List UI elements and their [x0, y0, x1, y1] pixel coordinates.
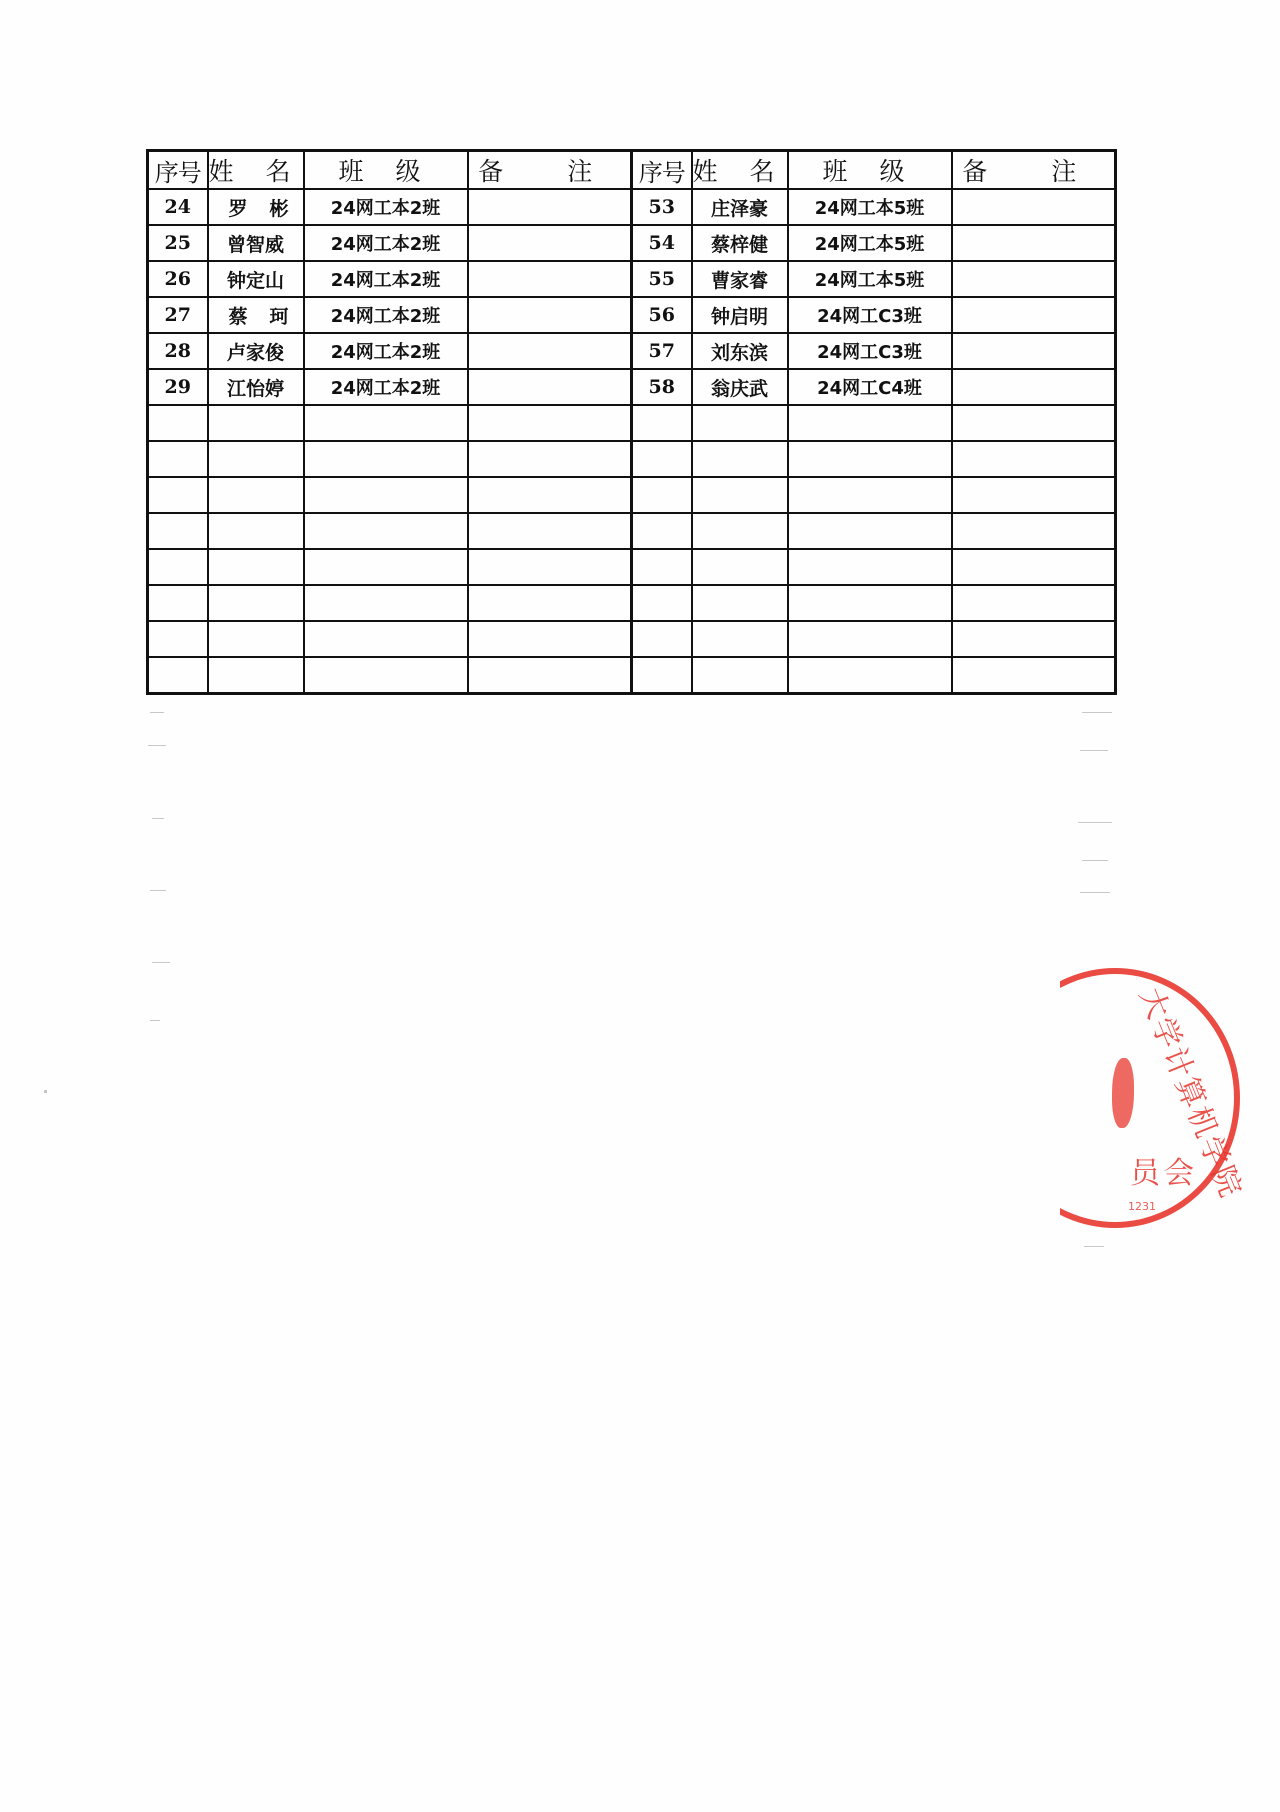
table-row: 27蔡珂24网工本2班56钟启明24网工C3班 — [148, 297, 1116, 333]
empty-table-row — [148, 549, 1116, 585]
remark-cell — [952, 657, 1116, 694]
seq-cell — [632, 549, 692, 585]
seal-number: 1231 — [1128, 1200, 1156, 1213]
remark-cell — [952, 369, 1116, 405]
remark-cell — [952, 585, 1116, 621]
class-cell — [788, 585, 952, 621]
name-cell — [208, 657, 304, 694]
remark-cell — [952, 189, 1116, 225]
class-cell — [788, 621, 952, 657]
remark-cell — [468, 657, 632, 694]
name-cell — [208, 441, 304, 477]
name-cell — [692, 441, 788, 477]
empty-table-row — [148, 441, 1116, 477]
class-cell: 24网工本2班 — [304, 369, 468, 405]
remark-cell — [468, 513, 632, 549]
remark-cell — [468, 189, 632, 225]
class-cell — [304, 585, 468, 621]
seq-cell: 58 — [632, 369, 692, 405]
class-cell: 24网工本2班 — [304, 261, 468, 297]
empty-table-row — [148, 513, 1116, 549]
remark-cell — [952, 225, 1116, 261]
class-cell — [788, 441, 952, 477]
name-cell: 钟定山 — [208, 261, 304, 297]
remark-cell — [952, 333, 1116, 369]
name-cell: 曹家睿 — [692, 261, 788, 297]
scanned-page: 序号 姓 名 班 级 备 注 序号 姓 名 班 级 备 注 24罗彬24网工本2… — [0, 0, 1280, 1812]
name-cell: 罗彬 — [208, 189, 304, 225]
seq-cell — [632, 513, 692, 549]
class-cell: 24网工本2班 — [304, 333, 468, 369]
table-header-row: 序号 姓 名 班 级 备 注 序号 姓 名 班 级 备 注 — [148, 151, 1116, 190]
table-row: 29江怡婷24网工本2班58翁庆武24网工C4班 — [148, 369, 1116, 405]
class-cell: 24网工本5班 — [788, 261, 952, 297]
name-cell — [692, 549, 788, 585]
remark-cell — [952, 261, 1116, 297]
seq-cell — [148, 657, 208, 694]
name-cell: 刘东滨 — [692, 333, 788, 369]
seq-cell: 28 — [148, 333, 208, 369]
class-cell — [304, 441, 468, 477]
seq-cell: 55 — [632, 261, 692, 297]
name-cell — [208, 585, 304, 621]
seq-cell: 24 — [148, 189, 208, 225]
name-cell: 曾智威 — [208, 225, 304, 261]
seq-cell — [148, 585, 208, 621]
remark-cell — [468, 585, 632, 621]
seq-cell: 27 — [148, 297, 208, 333]
header-seq: 序号 — [632, 151, 692, 190]
seal-bottom-text: 员会 — [1130, 1148, 1198, 1192]
name-cell: 江怡婷 — [208, 369, 304, 405]
remark-cell — [468, 297, 632, 333]
seq-cell: 29 — [148, 369, 208, 405]
header-name: 姓 名 — [692, 151, 788, 190]
name-cell — [208, 549, 304, 585]
class-cell — [788, 549, 952, 585]
class-cell — [304, 513, 468, 549]
name-cell: 卢家俊 — [208, 333, 304, 369]
remark-cell — [952, 549, 1116, 585]
seq-cell: 54 — [632, 225, 692, 261]
class-cell: 24网工本2班 — [304, 225, 468, 261]
remark-cell — [952, 477, 1116, 513]
empty-table-row — [148, 657, 1116, 694]
remark-cell — [468, 225, 632, 261]
name-cell — [692, 585, 788, 621]
seq-cell — [632, 621, 692, 657]
class-cell: 24网工本2班 — [304, 297, 468, 333]
class-cell: 24网工C3班 — [788, 333, 952, 369]
remark-cell — [468, 333, 632, 369]
name-cell — [692, 657, 788, 694]
class-cell — [304, 405, 468, 441]
seq-cell — [148, 441, 208, 477]
empty-table-row — [148, 405, 1116, 441]
empty-table-row — [148, 477, 1116, 513]
student-roster-table: 序号 姓 名 班 级 备 注 序号 姓 名 班 级 备 注 24罗彬24网工本2… — [146, 149, 1117, 695]
header-remark: 备 注 — [952, 151, 1116, 190]
header-seq: 序号 — [148, 151, 208, 190]
remark-cell — [468, 477, 632, 513]
name-cell — [692, 513, 788, 549]
name-cell — [208, 405, 304, 441]
seq-cell — [632, 585, 692, 621]
name-cell: 翁庆武 — [692, 369, 788, 405]
seq-cell — [632, 477, 692, 513]
name-cell: 蔡梓健 — [692, 225, 788, 261]
seq-cell — [148, 549, 208, 585]
header-class: 班 级 — [304, 151, 468, 190]
name-cell — [692, 621, 788, 657]
remark-cell — [952, 441, 1116, 477]
header-class: 班 级 — [788, 151, 952, 190]
name-cell — [692, 477, 788, 513]
seal-emblem-icon — [1112, 1058, 1134, 1128]
name-cell — [208, 621, 304, 657]
seq-cell — [148, 477, 208, 513]
table-body: 24罗彬24网工本2班53庄泽豪24网工本5班25曾智威24网工本2班54蔡梓健… — [148, 189, 1116, 694]
name-cell — [692, 405, 788, 441]
remark-cell — [952, 405, 1116, 441]
seq-cell — [632, 657, 692, 694]
remark-cell — [952, 513, 1116, 549]
class-cell: 24网工本5班 — [788, 225, 952, 261]
seq-cell — [632, 441, 692, 477]
class-cell: 24网工本2班 — [304, 189, 468, 225]
empty-table-row — [148, 585, 1116, 621]
remark-cell — [468, 621, 632, 657]
remark-cell — [468, 369, 632, 405]
seq-cell — [148, 621, 208, 657]
remark-cell — [468, 549, 632, 585]
remark-cell — [952, 297, 1116, 333]
seq-cell: 57 — [632, 333, 692, 369]
seq-cell: 53 — [632, 189, 692, 225]
name-cell: 蔡珂 — [208, 297, 304, 333]
empty-table-row — [148, 621, 1116, 657]
remark-cell — [468, 441, 632, 477]
remark-cell — [952, 621, 1116, 657]
class-cell — [788, 513, 952, 549]
remark-cell — [468, 405, 632, 441]
name-cell — [208, 513, 304, 549]
seq-cell: 25 — [148, 225, 208, 261]
seq-cell — [148, 405, 208, 441]
class-cell: 24网工本5班 — [788, 189, 952, 225]
name-cell — [208, 477, 304, 513]
name-cell: 庄泽豪 — [692, 189, 788, 225]
seq-cell — [632, 405, 692, 441]
header-name: 姓 名 — [208, 151, 304, 190]
official-seal: 大学计算机学院 员会 1231 — [1060, 968, 1250, 1238]
class-cell: 24网工C4班 — [788, 369, 952, 405]
table-row: 26钟定山24网工本2班55曹家睿24网工本5班 — [148, 261, 1116, 297]
class-cell — [304, 621, 468, 657]
class-cell — [304, 657, 468, 694]
remark-cell — [468, 261, 632, 297]
class-cell: 24网工C3班 — [788, 297, 952, 333]
class-cell — [788, 477, 952, 513]
class-cell — [304, 549, 468, 585]
class-cell — [788, 405, 952, 441]
table-row: 24罗彬24网工本2班53庄泽豪24网工本5班 — [148, 189, 1116, 225]
class-cell — [304, 477, 468, 513]
seq-cell — [148, 513, 208, 549]
table-row: 25曾智威24网工本2班54蔡梓健24网工本5班 — [148, 225, 1116, 261]
header-remark: 备 注 — [468, 151, 632, 190]
seq-cell: 26 — [148, 261, 208, 297]
seq-cell: 56 — [632, 297, 692, 333]
name-cell: 钟启明 — [692, 297, 788, 333]
table-row: 28卢家俊24网工本2班57刘东滨24网工C3班 — [148, 333, 1116, 369]
class-cell — [788, 657, 952, 694]
